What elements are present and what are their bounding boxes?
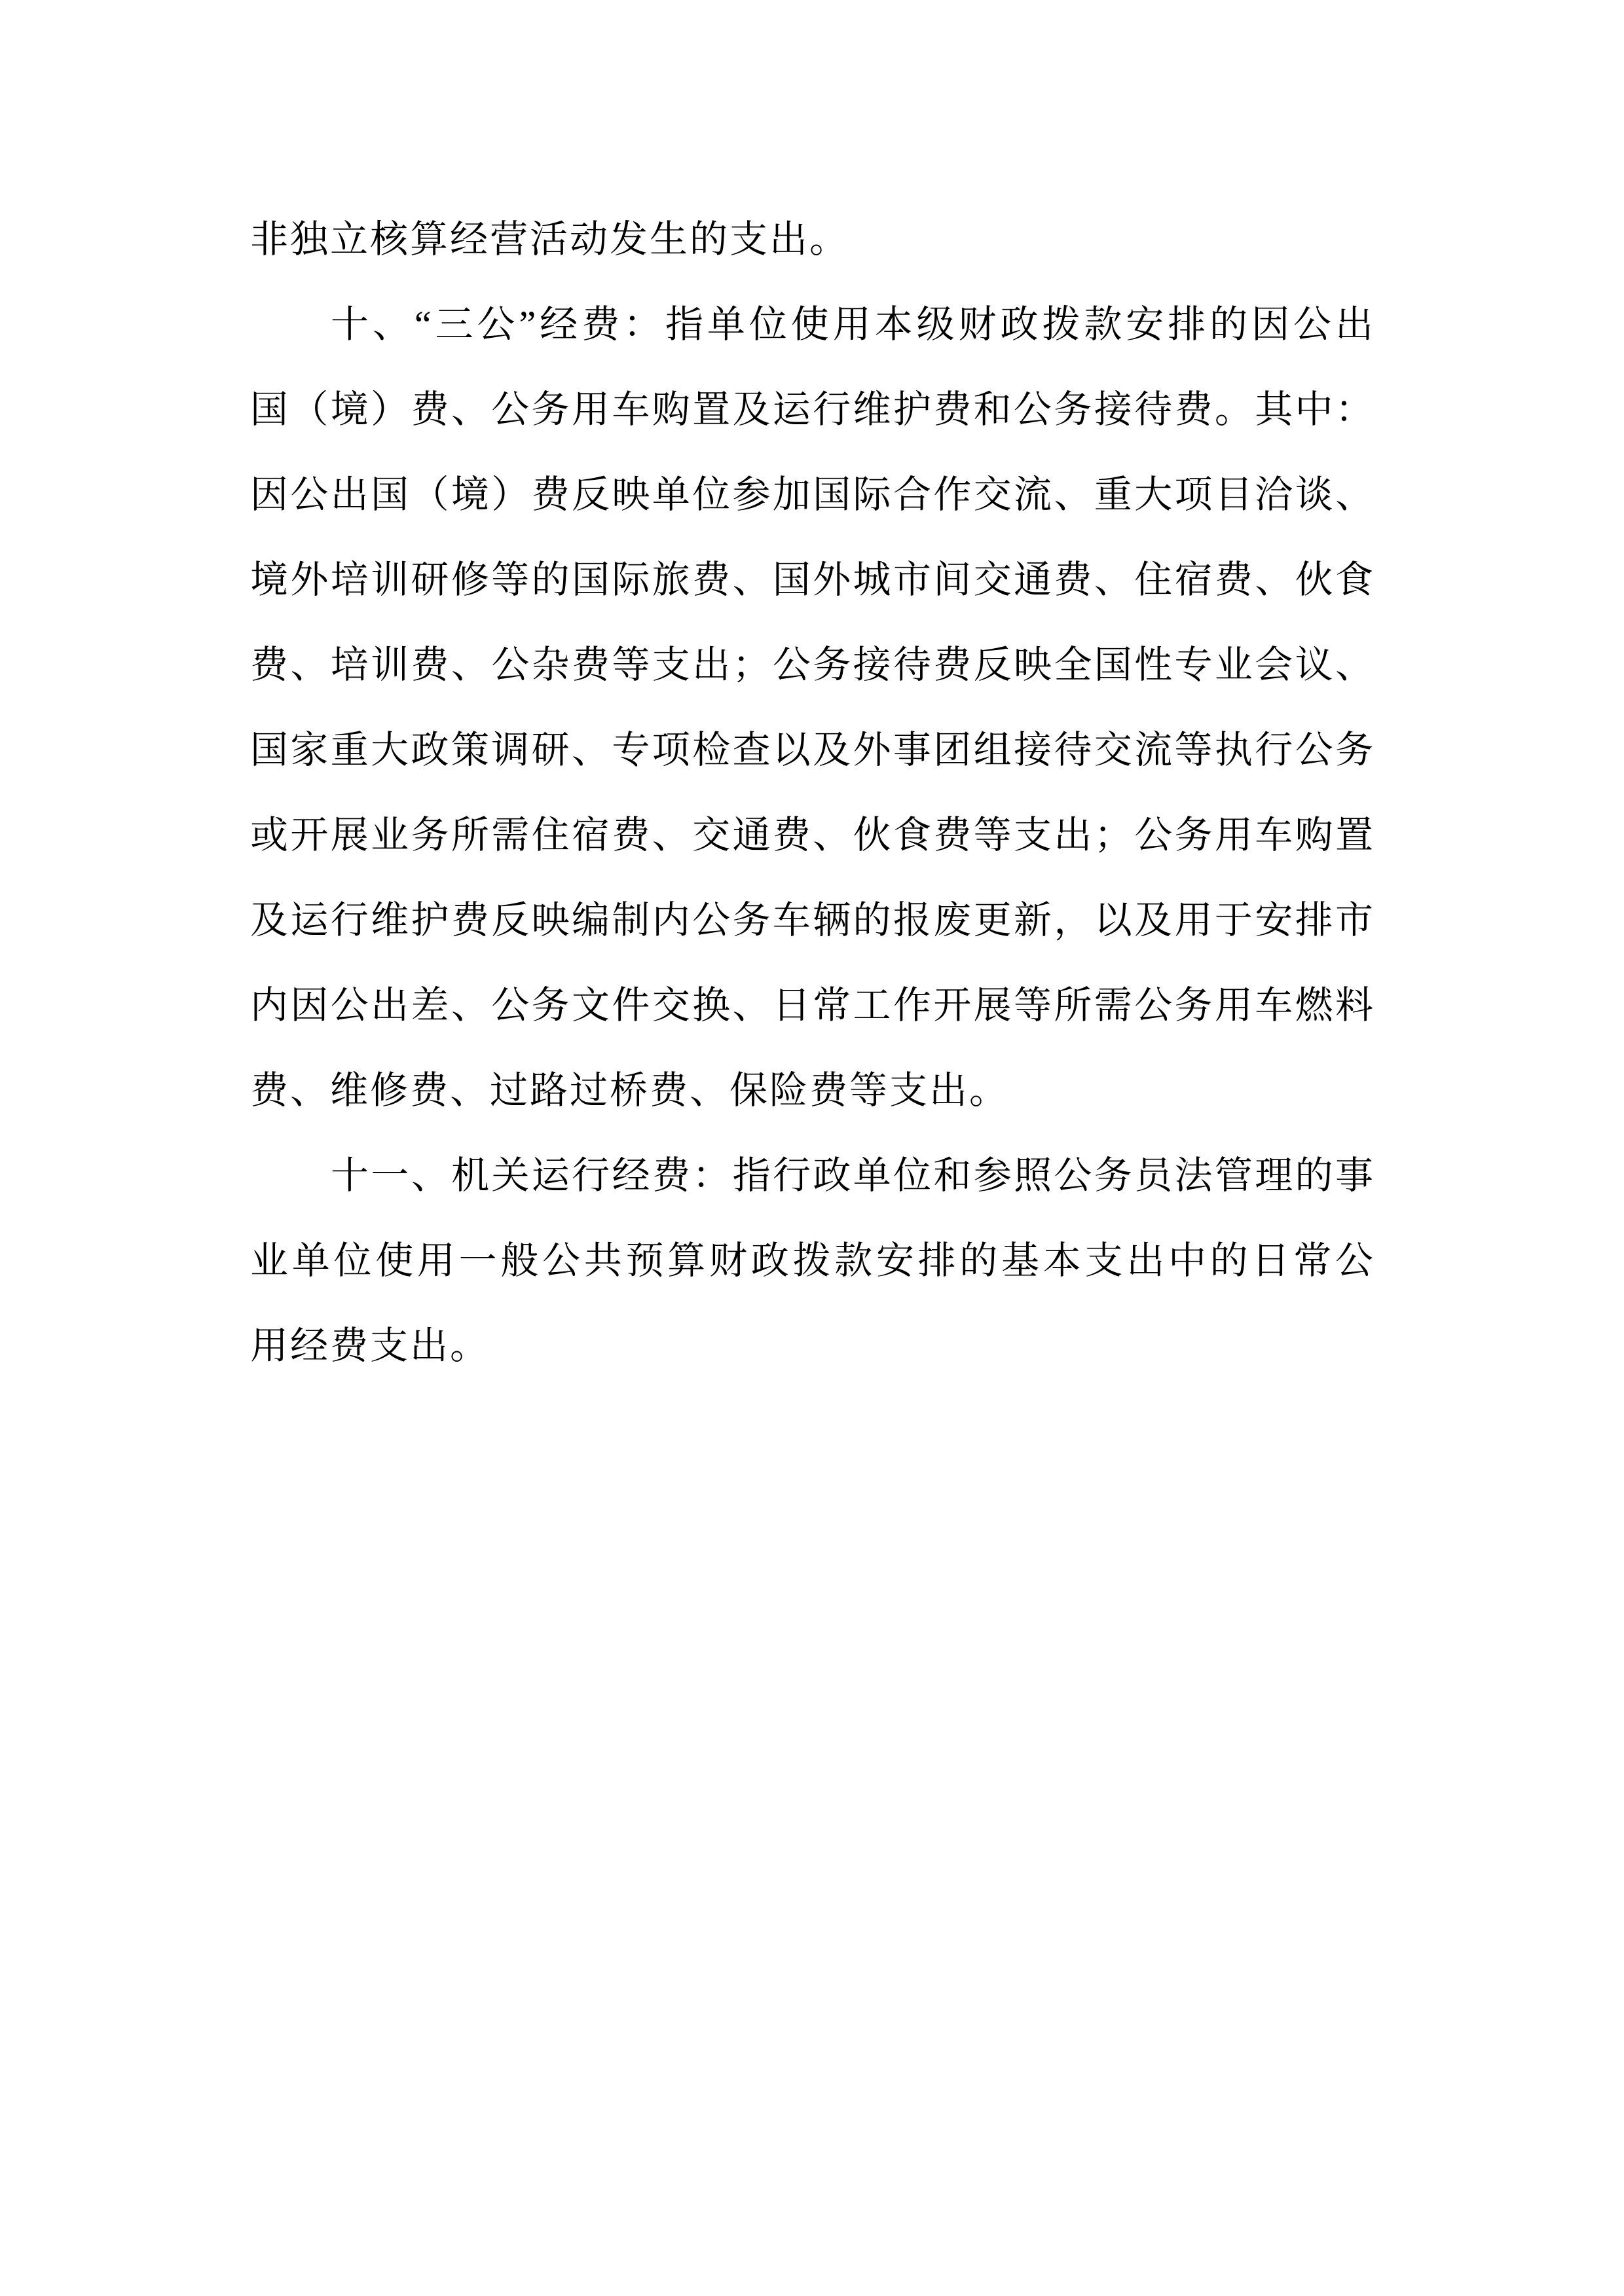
text-line: 用经费支出。 — [250, 1303, 1375, 1389]
text-line: 非独立核算经营活动发生的支出。 — [250, 197, 1375, 282]
text-line: 国（境）费、公务用车购置及运行维护费和公务接待费。其中： — [250, 367, 1375, 452]
text-line: 十一、机关运行经费：指行政单位和参照公务员法管理的事 — [250, 1133, 1375, 1218]
text-line: 国家重大政策调研、专项检查以及外事团组接待交流等执行公务 — [250, 708, 1375, 793]
text-line: 费、培训费、公杂费等支出；公务接待费反映全国性专业会议、 — [250, 623, 1375, 708]
document-page: 非独立核算经营活动发生的支出。 十、“三公”经费：指单位使用本级财政拨款安排的因… — [0, 0, 1624, 2296]
text-line: 境外培训研修等的国际旅费、国外城市间交通费、住宿费、伙食 — [250, 538, 1375, 623]
text-line: 费、维修费、过路过桥费、保险费等支出。 — [250, 1048, 1375, 1133]
text-line: 内因公出差、公务文件交换、日常工作开展等所需公务用车燃料 — [250, 963, 1375, 1048]
text-line: 业单位使用一般公共预算财政拨款安排的基本支出中的日常公 — [250, 1218, 1375, 1303]
text-line: 或开展业务所需住宿费、交通费、伙食费等支出；公务用车购置 — [250, 793, 1375, 878]
text-line: 十、“三公”经费：指单位使用本级财政拨款安排的因公出 — [250, 282, 1375, 367]
document-body: 非独立核算经营活动发生的支出。 十、“三公”经费：指单位使用本级财政拨款安排的因… — [250, 197, 1375, 1389]
text-line: 及运行维护费反映编制内公务车辆的报废更新，以及用于安排市 — [250, 878, 1375, 963]
text-line: 因公出国（境）费反映单位参加国际合作交流、重大项目洽谈、 — [250, 452, 1375, 538]
